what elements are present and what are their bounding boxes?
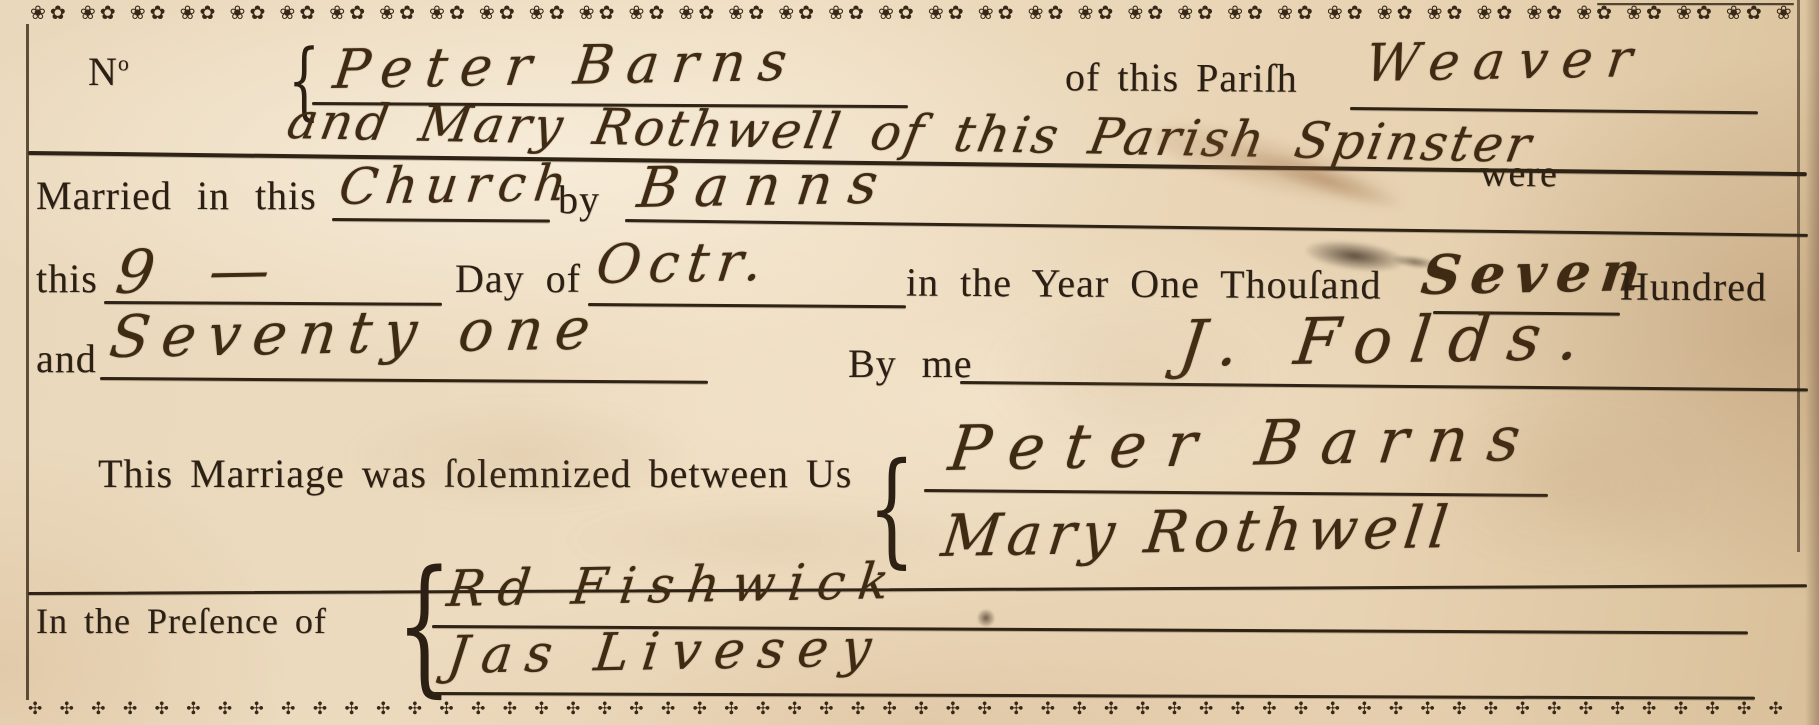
this-label: this bbox=[36, 255, 98, 302]
month-underline bbox=[588, 303, 906, 308]
marriage-register-entry: ❀✿ ❀✿ ❀✿ ❀✿ ❀✿ ❀✿ ❀✿ ❀✿ ❀✿ ❀✿ ❀✿ ❀✿ ❀✿ ❀… bbox=[0, 0, 1819, 725]
witness1-signature: Rd Fishwick bbox=[444, 552, 905, 618]
officiant-underline bbox=[960, 381, 1808, 391]
section-rule-2 bbox=[28, 584, 1807, 595]
top-ornament-border: ❀✿ ❀✿ ❀✿ ❀✿ ❀✿ ❀✿ ❀✿ ❀✿ ❀✿ ❀✿ ❀✿ ❀✿ ❀✿ ❀… bbox=[30, 2, 1793, 32]
hundred-label: Hundred bbox=[1620, 262, 1767, 310]
right-border-rule bbox=[1797, 0, 1800, 552]
bottom-ornament-border: ✣ ✣ ✣ ✣ ✣ ✣ ✣ ✣ ✣ ✣ ✣ ✣ ✣ ✣ ✣ ✣ ✣ ✣ ✣ ✣ … bbox=[28, 699, 1792, 725]
by-label: by bbox=[558, 176, 600, 223]
year-printed-label: in the Year One Thouſand bbox=[906, 259, 1382, 309]
left-border-rule bbox=[26, 24, 29, 700]
banns-entry: Banns bbox=[634, 151, 897, 221]
month-entry: Octr. bbox=[593, 230, 774, 296]
married-in-this-label: Married in this bbox=[36, 172, 317, 219]
witness2-signature: Jas Livesey bbox=[444, 618, 888, 686]
year-hundreds-entry: Seven bbox=[1418, 239, 1654, 307]
place-entry: Church bbox=[336, 154, 578, 216]
place-underline bbox=[332, 218, 550, 223]
no-superscript: o bbox=[118, 51, 129, 76]
no-text: N bbox=[88, 49, 118, 94]
bride-signature: Mary Rothwell bbox=[938, 493, 1458, 570]
solemnized-label: This Marriage was ſolemnized between Us bbox=[98, 450, 852, 497]
presence-label: In the Preſence of bbox=[36, 600, 327, 642]
officiant-signature: J. Folds. bbox=[1175, 301, 1601, 382]
year-tens-entry: Seventy one bbox=[106, 294, 606, 371]
groom-occupation-entry: Weaver bbox=[1362, 29, 1649, 94]
banns-underline bbox=[625, 219, 1808, 237]
top-right-rule bbox=[1597, 3, 1794, 5]
page-edge-shade bbox=[1805, 0, 1819, 725]
by-me-label: By me bbox=[848, 340, 973, 387]
were-label: were bbox=[1480, 152, 1558, 197]
groom-name-entry: Peter Barns bbox=[330, 30, 803, 101]
day-entry: 9 — bbox=[112, 235, 292, 308]
and-label: and bbox=[36, 335, 97, 382]
no-label: No bbox=[88, 48, 129, 95]
year-tens-underline bbox=[100, 377, 708, 384]
ink-spot bbox=[977, 608, 995, 628]
of-this-parish-label: of this Pariſh bbox=[1065, 53, 1298, 102]
groom-signature: Peter Barns bbox=[945, 402, 1544, 485]
